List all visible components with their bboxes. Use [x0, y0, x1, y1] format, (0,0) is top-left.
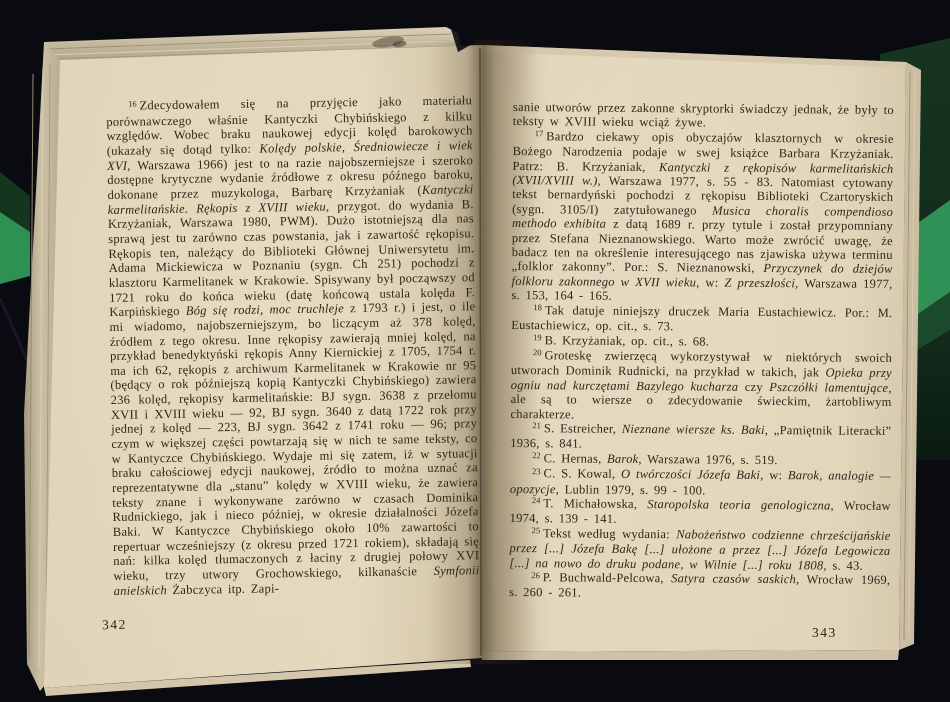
left-page-text: 16Zdecydowałem się na przyjęcie jako mat…	[106, 93, 480, 598]
paragraph: 26P. Buchwald-Pelcowa, Satyra czasów sas…	[509, 570, 890, 603]
paragraph: 24T. Michałowska, Staropolska teoria gen…	[510, 496, 891, 529]
book-photo: 16Zdecydowałem się na przyjęcie jako mat…	[0, 0, 950, 702]
paragraph: 23C. S. Kowal, O twórczości Józefa Baki,…	[510, 466, 891, 499]
footnote-marker: 23	[532, 466, 541, 476]
paragraph: 25Tekst według wydania: Nabożeństwo codz…	[509, 526, 890, 573]
footnote-marker: 18	[533, 302, 542, 312]
right-page-text: sanie utworów przez zakonne skryptorki ś…	[509, 100, 894, 603]
footnote-marker: 24	[532, 496, 541, 506]
footnote-marker: 20	[533, 348, 542, 358]
paragraph: 21S. Estreicher, Nieznane wiersze ks. Ba…	[510, 421, 891, 454]
paragraph: 17Bardzo ciekawy opis obyczajów klasztor…	[511, 129, 893, 306]
footnote-marker: 22	[532, 450, 541, 460]
footnote-marker: 17	[535, 128, 544, 138]
page-number-right: 343	[812, 625, 837, 641]
gutter-crease	[480, 48, 481, 656]
paragraph: sanie utworów przez zakonne skryptorki ś…	[513, 100, 894, 132]
footnote-marker: 21	[532, 421, 541, 431]
footnote-marker: 16	[128, 98, 137, 108]
page-number-left: 342	[102, 617, 127, 633]
footnote-marker: 19	[533, 332, 542, 342]
paragraph: 18Tak datuje niniejszy druczek Maria Eus…	[511, 303, 892, 336]
paragraph: 16Zdecydowałem się na przyjęcie jako mat…	[106, 93, 480, 598]
footnote-marker: 25	[532, 525, 541, 535]
footnote-marker: 26	[531, 570, 540, 580]
paragraph: 20Groteskę zwierzęcą wykorzystywał w nie…	[510, 348, 892, 424]
